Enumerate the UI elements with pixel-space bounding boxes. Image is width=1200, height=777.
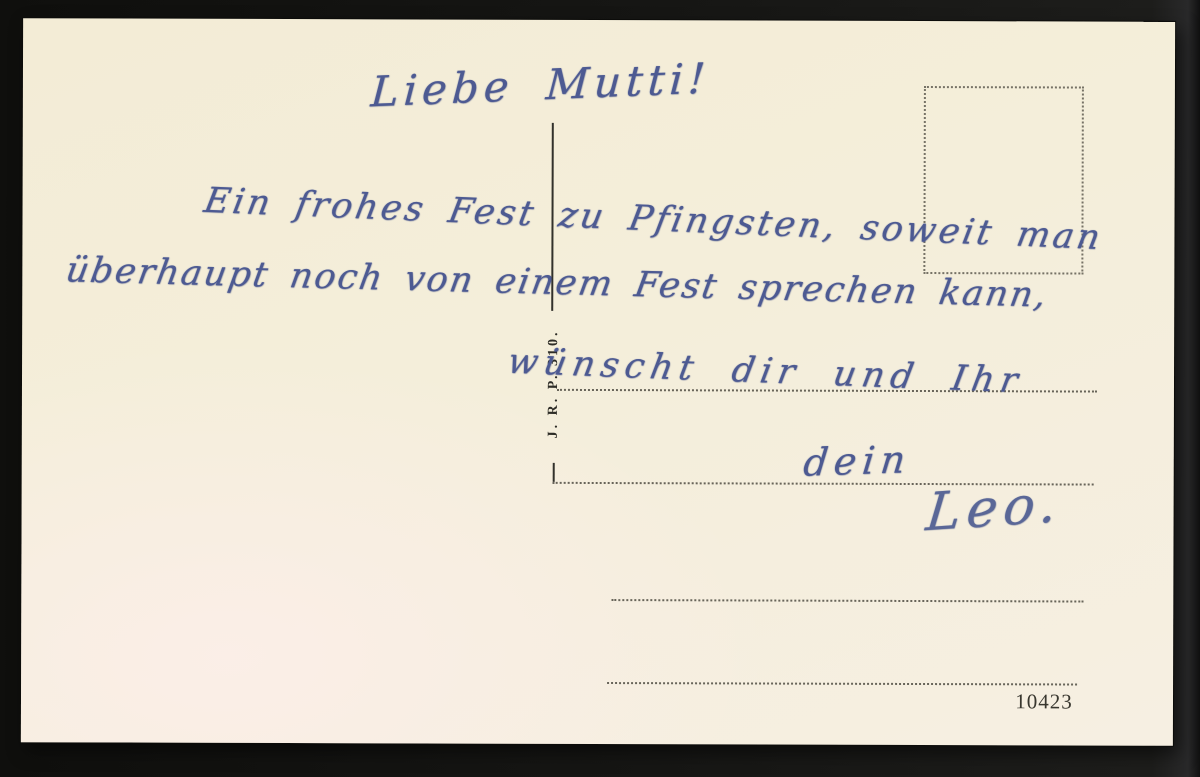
handwritten-salutation: Liebe Mutti! [369, 53, 711, 116]
address-line-4 [607, 682, 1077, 685]
handwritten-closing: dein [801, 437, 913, 485]
handwritten-message-line-2: überhaupt noch von einem Fest sprechen k… [63, 250, 1051, 315]
divider-line-bottom [553, 463, 555, 482]
handwritten-signature: Leo. [923, 474, 1065, 544]
postcard: J. R. P. 310. 10423 Liebe Mutti! Ein fro… [21, 18, 1175, 746]
catalog-number: 10423 [989, 689, 1099, 714]
scan-background: J. R. P. 310. 10423 Liebe Mutti! Ein fro… [0, 0, 1200, 777]
publisher-mark: J. R. P. 310. [546, 308, 562, 460]
address-line-3 [611, 599, 1083, 602]
handwritten-message-line-3: wünscht dir und Ihr [504, 342, 1026, 401]
